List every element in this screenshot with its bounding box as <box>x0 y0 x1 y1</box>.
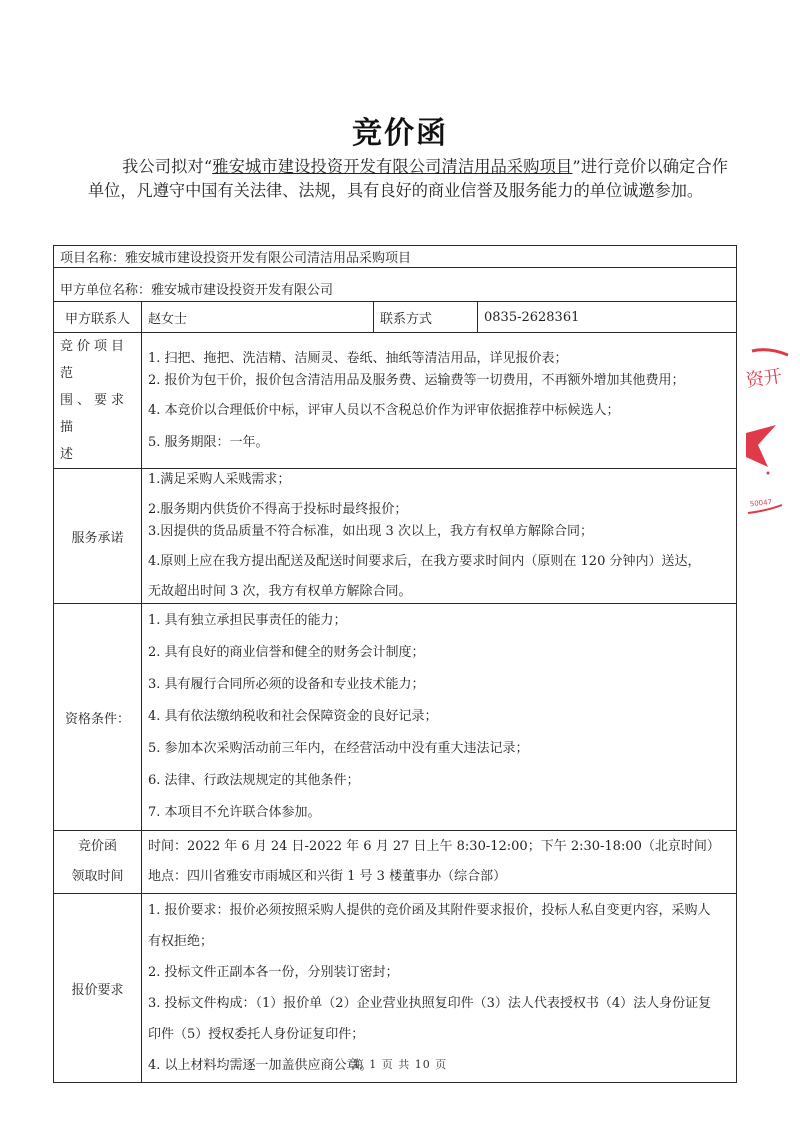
service-item: 3.因提供的货品质量不符合标准，如出现 3 次以上，我方有权单方解除合同； <box>148 521 730 543</box>
scope-item: 5. 服务期限：一年。 <box>148 432 730 454</box>
contact-value: 赵女士 <box>142 302 374 333</box>
row-contact: 甲方联系人 赵女士 联系方式 0835-2628361 <box>54 302 737 333</box>
bid-info-table: 项目名称：雅安城市建设投资开发有限公司清洁用品采购项目 甲方单位名称：雅安城市建… <box>53 245 737 1083</box>
service-item: 4.原则上应在我方提出配送及配送时间要求后，在我方要求时间内（原则在 120 分… <box>148 551 730 573</box>
row-qualification: 资格条件： 1. 具有独立承担民事责任的能力； 2. 具有良好的商业信誉和健全的… <box>54 604 737 831</box>
pickup-place: 地点：四川省雅安市雨城区和兴街 1 号 3 楼董事办（综合部） <box>148 862 730 892</box>
pickup-time: 时间：2022 年 6 月 24 日-2022 年 6 月 27 日上午 8:3… <box>148 832 730 862</box>
qualification-item: 3. 具有履行合同所必须的设备和专业技术能力； <box>148 669 730 701</box>
quote-item: 2. 投标文件正副本各一份，分别装订密封； <box>148 957 730 988</box>
scope-item: 1. 扫把、拖把、洗洁精、洁厕灵、卷纸、抽纸等清洁用品，详见报价表； <box>148 348 730 370</box>
quote-content: 1. 报价要求：报价必须按照采购人提供的竞价函及其附件要求报价，投标人私自变更内… <box>142 894 737 1083</box>
qualification-item: 6. 法律、行政法规规定的其他条件； <box>148 765 730 797</box>
pickup-content: 时间：2022 年 6 月 24 日-2022 年 6 月 27 日上午 8:3… <box>142 831 737 894</box>
contact-method-value: 0835-2628361 <box>478 302 737 333</box>
quote-item: 有权拒绝； <box>148 926 730 957</box>
service-item: 1.满足采购人采贱需求； <box>148 469 730 491</box>
row-project-name: 项目名称：雅安城市建设投资开发有限公司清洁用品采购项目 <box>54 246 737 268</box>
service-item: 无故超出时间 3 次，我方有权单方解除合同。 <box>148 581 730 603</box>
quote-label: 报价要求 <box>54 894 142 1083</box>
contact-label: 甲方联系人 <box>54 302 142 333</box>
party-a-name-cell: 甲方单位名称：雅安城市建设投资开发有限公司 <box>54 268 737 302</box>
document-title: 竞价函 <box>0 108 800 152</box>
scope-label: 竞价项目范 围、要求描 述 <box>54 333 142 469</box>
svg-text:资开: 资开 <box>745 366 784 392</box>
page-number: 第 1 页 共 10 页 <box>0 1056 800 1072</box>
intro-paragraph: 我公司拟对“雅安城市建设投资开发有限公司清洁用品采购项目”进行竞价以确定合作单位… <box>88 155 728 203</box>
service-item: 2.服务期内供货价不得高于投标时最终报价； <box>148 499 730 521</box>
service-content: 1.满足采购人采贱需求； 2.服务期内供货价不得高于投标时最终报价； 3.因提供… <box>142 469 737 604</box>
intro-before: 我公司拟对“ <box>122 157 212 176</box>
qualification-item: 5. 参加本次采购活动前三年内，在经营活动中没有重大违法记录； <box>148 733 730 765</box>
row-quote: 报价要求 1. 报价要求：报价必须按照采购人提供的竞价函及其附件要求报价，投标人… <box>54 894 737 1083</box>
qualification-content: 1. 具有独立承担民事责任的能力； 2. 具有良好的商业信誉和健全的财务会计制度… <box>142 604 737 831</box>
row-pickup: 竞价函 领取时间 时间：2022 年 6 月 24 日-2022 年 6 月 2… <box>54 831 737 894</box>
qualification-label: 资格条件： <box>54 604 142 831</box>
project-name-cell: 项目名称：雅安城市建设投资开发有限公司清洁用品采购项目 <box>54 246 737 268</box>
row-scope: 竞价项目范 围、要求描 述 1. 扫把、拖把、洗洁精、洁厕灵、卷纸、抽纸等清洁用… <box>54 333 737 469</box>
quote-item: 1. 报价要求：报价必须按照采购人提供的竞价函及其附件要求报价，投标人私自变更内… <box>148 895 730 926</box>
intro-project-name: 雅安城市建设投资开发有限公司清洁用品采购项目 <box>212 157 572 176</box>
scope-content: 1. 扫把、拖把、洗洁精、洁厕灵、卷纸、抽纸等清洁用品，详见报价表； 2. 报价… <box>142 333 737 469</box>
svg-text:50047: 50047 <box>749 498 772 508</box>
service-label: 服务承诺 <box>54 469 142 604</box>
qualification-item: 4. 具有依法缴纳税收和社会保障资金的良好记录； <box>148 701 730 733</box>
qualification-item: 2. 具有良好的商业信誉和健全的财务会计制度； <box>148 637 730 669</box>
qualification-item: 7. 本项目不允许联合体参加。 <box>148 797 730 829</box>
company-seal-stamp-icon: 资开 50047 <box>738 345 798 520</box>
row-service: 服务承诺 1.满足采购人采贱需求； 2.服务期内供货价不得高于投标时最终报价； … <box>54 469 737 604</box>
quote-item: 3. 投标文件构成：（1）报价单（2）企业营业执照复印件（3）法人代表授权书（4… <box>148 988 730 1019</box>
row-party-a-name: 甲方单位名称：雅安城市建设投资开发有限公司 <box>54 268 737 302</box>
contact-method-label: 联系方式 <box>374 302 478 333</box>
scope-item: 4. 本竞价以合理低价中标，评审人员以不含税总价作为评审依据推荐中标候选人； <box>148 400 730 422</box>
quote-item: 印件（5）授权委托人身份证复印件； <box>148 1019 730 1050</box>
pickup-label: 竞价函 领取时间 <box>54 831 142 894</box>
qualification-item: 1. 具有独立承担民事责任的能力； <box>148 605 730 637</box>
scope-item: 2. 报价为包干价，报价包含清洁用品及服务费、运输费等一切费用，不再额外增加其他… <box>148 370 730 392</box>
